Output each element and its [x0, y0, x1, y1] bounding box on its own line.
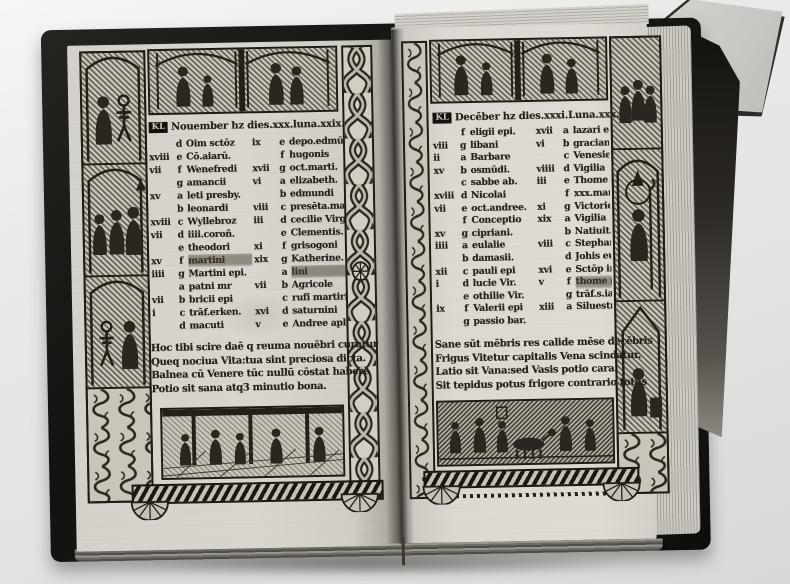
dominical-letter: f	[458, 127, 468, 140]
foliate-border	[401, 41, 436, 499]
golden-number: v	[255, 318, 278, 331]
interior-scene-woodcut	[162, 407, 343, 478]
november-header: KL Nouember hz dies.xxx.luna.xxix.	[149, 118, 343, 133]
dominical-letter: g	[461, 316, 471, 329]
feast-name: Barbare	[470, 151, 534, 165]
dominical-letter: g	[562, 201, 572, 214]
skeleton-scene-woodcut	[81, 52, 145, 163]
feast-name: Katherine.	[291, 251, 345, 265]
golden-number: xv	[151, 255, 174, 268]
feast-name: Natiuit.dñi.	[575, 225, 611, 238]
golden-number: xv	[150, 190, 173, 203]
feast-name: Cō.aiarū.	[186, 149, 250, 163]
dominical-letter: e	[176, 242, 186, 255]
feast-name: Andree apli.	[292, 316, 346, 330]
feast-name: Vigilia	[574, 213, 610, 226]
feast-name: theodori	[188, 240, 252, 254]
feast-name: Oim sctōz	[186, 136, 250, 150]
dominical-letter: c	[280, 292, 290, 305]
dominical-letter: b	[177, 294, 187, 307]
golden-number: viii	[538, 239, 561, 252]
feast-name: eulalie	[472, 239, 536, 253]
golden-number: vii	[255, 279, 278, 292]
feast-name: depo.edmūdi	[289, 134, 343, 148]
golden-number: xv	[433, 165, 456, 178]
feast-name: graciani epi.	[573, 137, 609, 150]
feast-name: Martini epi.	[188, 266, 252, 280]
saint-panel-border	[609, 35, 670, 494]
golden-number: xvi	[255, 305, 278, 318]
feast-name: cecilie Virgis	[290, 212, 344, 226]
feast-name: damasii.	[472, 252, 536, 266]
golden-number: xix	[537, 213, 560, 226]
dominical-letter: d	[561, 163, 571, 176]
feast-name: lucie Vir.	[473, 277, 537, 291]
corner-fan-right	[338, 492, 382, 513]
dominical-letter: f	[461, 303, 471, 316]
danse-macabre-panel-3	[86, 276, 150, 387]
calendar-row: d macuti v e Andree apli.	[152, 316, 346, 333]
feast-name: macuti	[189, 318, 253, 332]
dominical-letter: d	[461, 278, 471, 291]
dominical-letter: e	[562, 175, 572, 188]
feast-name: oct.marti.	[289, 160, 343, 174]
skeleton-and-lady-woodcut	[86, 276, 150, 387]
feast-name: rufi martiris	[292, 290, 346, 304]
feast-name: osmūdi.	[470, 164, 534, 178]
dominical-letter: e	[277, 136, 287, 149]
crowd-panel	[611, 37, 661, 148]
golden-number: vi	[253, 175, 276, 188]
photograph-background: KL Nouember hz dies.xxx.luna.xxix. d Oim…	[0, 0, 790, 584]
dominical-letter: e	[459, 203, 469, 216]
dominical-letter: a	[278, 175, 288, 188]
feast-name: lazari epi	[573, 124, 609, 137]
december-calendar-rows: f eligii epi. xvii a lazari epi viii g l…	[433, 124, 613, 329]
dominical-letter: a	[562, 213, 572, 226]
feast-name: presēta.ma.	[290, 199, 344, 213]
dominical-letter: a	[458, 152, 468, 165]
dominical-letter: d	[459, 190, 469, 203]
golden-number: ix	[252, 136, 275, 149]
gutter-thread	[402, 537, 406, 565]
feast-name: xxx.martyr	[574, 187, 610, 200]
dominical-letter: a	[175, 190, 185, 203]
golden-number: ii	[433, 153, 456, 166]
golden-number: viii	[253, 201, 276, 214]
feast-name: Sctōp inocē	[575, 263, 611, 276]
month-title: Decēber hz dies.xxxi.Luna.xxx.	[455, 109, 620, 123]
golden-number: xv	[435, 228, 458, 241]
feast-name: othilie Vir.	[473, 290, 537, 304]
dominical-letter: f	[279, 240, 289, 253]
dominical-letter: d	[280, 305, 290, 318]
danse-macabre-border	[79, 50, 154, 503]
feast-name: Conceptio	[471, 214, 535, 228]
feast-name: pauli epi	[472, 264, 536, 278]
dominical-letter: c	[563, 238, 573, 251]
feast-name: Siluestri	[576, 301, 612, 314]
golden-number: vii	[434, 203, 457, 216]
december-hunt-scene	[436, 397, 615, 466]
bishop-woodcut	[613, 149, 664, 300]
dominical-letter: c	[561, 150, 571, 163]
dominical-letter: e	[563, 264, 573, 277]
feast-name: Nicolai	[471, 189, 535, 203]
golden-number: xi	[537, 201, 560, 214]
golden-number: iiii	[435, 241, 458, 254]
golden-number: xii	[435, 266, 458, 279]
november-calendar-rows: d Oim sctōz ix e depo.edmūdi xviii e Cō.…	[149, 134, 347, 333]
dominical-letter: e	[461, 291, 471, 304]
feast-name: grisogoni	[291, 238, 345, 252]
december-header: KL Decēber hz dies.xxxi.Luna.xxx.	[432, 109, 608, 123]
braid-woodcut	[343, 47, 379, 495]
top-border-woodcut	[149, 48, 336, 114]
golden-number: xix	[254, 253, 277, 266]
feast-name: hugonis	[289, 147, 343, 161]
golden-number: xvii	[252, 162, 275, 175]
golden-number: viii	[433, 140, 456, 153]
feast-name: edmundi	[290, 186, 344, 200]
dominical-letter: f	[176, 255, 186, 268]
feast-name: Clementis.	[291, 225, 345, 239]
feast-name: Victorie Vir.	[574, 200, 610, 213]
procession-woodcut	[83, 164, 147, 275]
feast-name: Agricole	[292, 277, 346, 291]
dominical-letter: g	[458, 140, 468, 153]
golden-number: xvii	[536, 125, 559, 138]
golden-number: v	[539, 276, 562, 289]
feast-name: trāf.s.iacobi	[576, 288, 612, 301]
dominical-letter: g	[279, 253, 289, 266]
feast-name: thome mart.	[576, 275, 612, 288]
golden-number: xviii	[434, 190, 457, 203]
dominical-letter: b	[278, 188, 288, 201]
feast-name: Stephani	[575, 238, 611, 251]
dominical-letter: g	[564, 289, 574, 302]
november-verse: Hoc tibi scire daē q reuma nouēbri curat…	[151, 338, 352, 396]
golden-number: vii	[149, 164, 172, 177]
dominical-letter: d	[278, 214, 288, 227]
feast-name: leonardi	[187, 201, 251, 215]
foliate-woodcut	[403, 43, 434, 497]
kl-monogram: KL	[432, 112, 452, 123]
golden-number: vii	[152, 294, 175, 307]
dominical-letter: g	[176, 268, 186, 281]
golden-number: iii	[537, 176, 560, 189]
golden-number: xviii	[149, 151, 172, 164]
feast-name: passio bar.	[473, 315, 537, 329]
dominical-letter: d	[563, 251, 573, 264]
feast-name: iiii.coroñ.	[188, 227, 252, 241]
dominical-letter: d	[174, 138, 184, 151]
dominical-letter: f	[174, 164, 184, 177]
dominical-letter: f	[277, 149, 287, 162]
feast-name: Wenefredi	[186, 162, 250, 176]
dominical-letter: b	[280, 279, 290, 292]
golden-number: iii	[253, 214, 276, 227]
dominical-letter: c	[177, 307, 187, 320]
feast-name: Wyllebroz	[187, 214, 251, 228]
golden-number: xviii	[150, 216, 173, 229]
dominical-letter: d	[177, 320, 187, 333]
month-title: Nouember hz dies.xxx.luna.xxix.	[171, 118, 345, 132]
top-border-woodcut	[431, 38, 606, 101]
kl-monogram: KL	[149, 122, 169, 133]
calendar-row: g passio bar.	[436, 313, 612, 329]
feast-name: sabbe ab.	[471, 176, 535, 190]
feast-name: Venesie Vir.	[573, 150, 609, 163]
feast-name: leti presby.	[187, 188, 251, 202]
dominical-letter: b	[175, 203, 185, 216]
december-top-border	[429, 36, 608, 103]
dominical-letter: d	[176, 229, 186, 242]
feast-name: cipriani.	[472, 227, 536, 241]
feast-name: Johis euāge	[575, 250, 611, 263]
dominical-letter: e	[279, 227, 289, 240]
dominical-letter: f	[564, 276, 574, 289]
feast-name: patni mr	[189, 279, 253, 293]
dominical-letter: b	[458, 165, 468, 178]
feast-name: Thome apli	[574, 175, 610, 188]
dominical-letter: c	[175, 216, 185, 229]
danse-macabre-panel-1	[81, 52, 145, 163]
golden-number: vii	[151, 229, 174, 242]
dominical-letter: a	[279, 266, 289, 279]
november-labour-scene	[160, 405, 345, 481]
dominical-letter: a	[561, 125, 571, 138]
corner-fan-right	[600, 481, 644, 502]
dominical-letter: c	[278, 201, 288, 214]
feast-name: lini	[291, 264, 345, 278]
crowd-woodcut	[611, 37, 661, 148]
dominical-letter: g	[175, 177, 185, 190]
golden-number: xiii	[539, 302, 562, 315]
hunt-scene-woodcut	[438, 399, 613, 464]
dominical-letter: e	[280, 318, 290, 331]
dominical-letter: e	[174, 151, 184, 164]
page-december: KL Decēber hz dies.xxxi.Luna.xxx. f elig…	[391, 23, 657, 544]
feast-name: trāf.erken.	[189, 305, 253, 319]
dominical-letter: a	[564, 301, 574, 314]
feast-name: bricii epi	[189, 292, 253, 306]
dominical-letter: g	[277, 162, 287, 175]
golden-number: xi	[254, 240, 277, 253]
dominical-letter: a	[177, 281, 187, 294]
dominical-letter: g	[460, 228, 470, 241]
corner-fan-left	[420, 484, 464, 505]
feast-name: martini	[188, 253, 252, 267]
feast-name: Valerii epi	[473, 302, 537, 316]
feast-name: saturnini	[292, 303, 346, 317]
golden-number: i	[152, 307, 175, 320]
golden-number: iiii	[151, 268, 174, 281]
dominical-letter: b	[563, 226, 573, 239]
braid-border	[341, 45, 381, 498]
dominical-letter: c	[460, 266, 470, 279]
november-top-border	[147, 46, 338, 116]
golden-number: xvi	[538, 264, 561, 277]
corner-fan-left	[128, 500, 172, 521]
golden-number: i	[436, 278, 459, 291]
feast-name: eligii epi.	[470, 126, 534, 140]
feast-name: Vigilia	[573, 162, 609, 175]
dominical-letter: f	[562, 188, 572, 201]
feast-name: libani	[470, 138, 534, 152]
golden-number: viiii	[536, 163, 559, 176]
bishop-saint-panel	[613, 149, 664, 300]
golden-number: ix	[436, 304, 459, 317]
dominical-letter: b	[561, 138, 571, 151]
dominical-letter: b	[460, 253, 470, 266]
feast-name	[576, 321, 612, 322]
feast-name: elizabeth.	[290, 173, 344, 187]
dominical-letter: c	[459, 177, 469, 190]
dominical-letter: f	[459, 215, 469, 228]
golden-number: vi	[536, 138, 559, 151]
dominical-letter: a	[460, 240, 470, 253]
december-verse: Sane sūt mēbris res calide mēse decēbris…	[435, 335, 626, 393]
page-november: KL Nouember hz dies.xxx.luna.xxix. d Oim…	[67, 40, 401, 552]
feast-name: oct.andree.	[471, 201, 535, 215]
open-book: KL Nouember hz dies.xxx.luna.xxix. d Oim…	[0, 0, 790, 584]
danse-macabre-panel-2	[83, 164, 147, 275]
feast-name: amancii	[187, 175, 251, 189]
